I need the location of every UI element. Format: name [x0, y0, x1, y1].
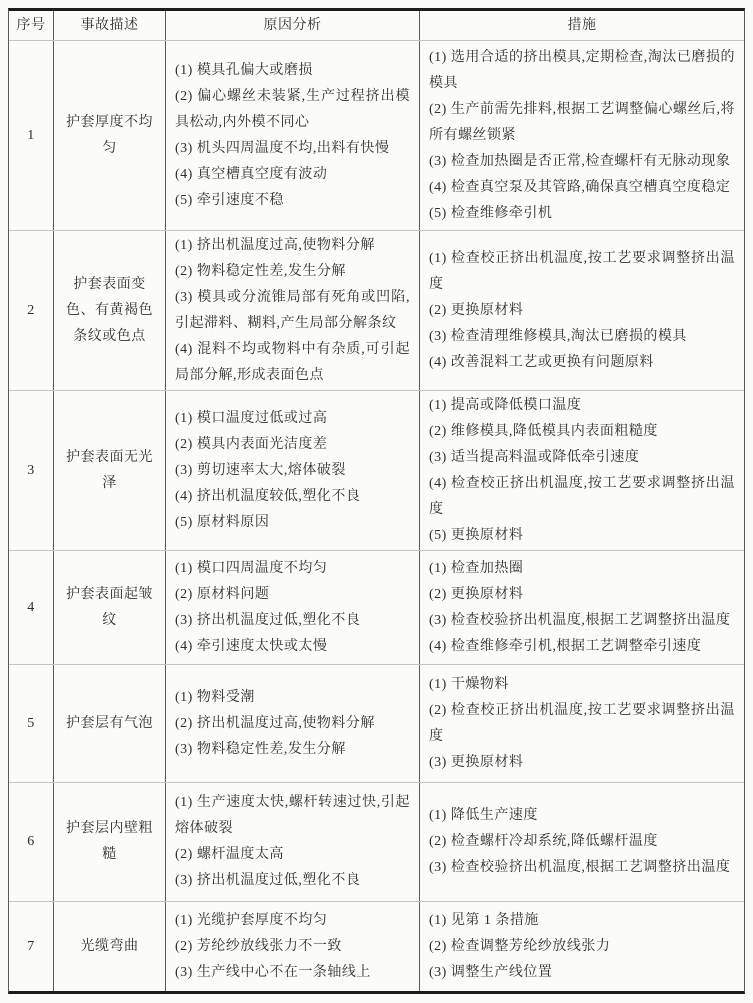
measure-item: (4) 检查真空泵及其管路,确保真空槽真空度稳定	[429, 175, 735, 201]
row-number: 4	[9, 551, 54, 664]
row-causes: (1) 物料受潮(2) 挤出机温度过高,使物料分解(3) 物料稳定性差,发生分解	[166, 665, 420, 782]
table-header-row: 序号 事故描述 原因分析 措施	[9, 11, 744, 41]
row-number: 2	[9, 231, 54, 390]
table-row: 3 护套表面无光泽 (1) 模口温度过低或过高(2) 模具内表面光洁度差(3) …	[9, 391, 744, 551]
cause-item: (5) 牵引速度不稳	[175, 188, 410, 214]
table-row: 4 护套表面起皱纹 (1) 模口四周温度不均匀(2) 原材料问题(3) 挤出机温…	[9, 551, 744, 665]
measure-item: (1) 提高或降低模口温度	[429, 393, 735, 419]
measure-item: (2) 检查螺杆冷却系统,降低螺杆温度	[429, 829, 735, 855]
table-row: 1 护套厚度不均匀 (1) 模具孔偏大或磨损(2) 偏心螺丝未装紧,生产过程挤出…	[9, 41, 744, 231]
measure-item: (1) 降低生产速度	[429, 803, 735, 829]
measure-item: (1) 检查加热圈	[429, 556, 735, 582]
cause-item: (1) 模口温度过低或过高	[175, 406, 410, 432]
measure-item: (3) 检查加热圈是否正常,检查螺杆有无脉动现象	[429, 149, 735, 175]
row-measures: (1) 提高或降低模口温度(2) 维修模具,降低模具内表面粗糙度(3) 适当提高…	[420, 391, 744, 550]
row-description: 护套表面起皱纹	[54, 551, 166, 664]
cause-item: (1) 物料受潮	[175, 685, 410, 711]
cause-item: (2) 螺杆温度太高	[175, 842, 410, 868]
row-measures: (1) 检查加热圈(2) 更换原材料(3) 检查校验挤出机温度,根据工艺调整挤出…	[420, 551, 744, 664]
header-measures: 措施	[420, 11, 744, 40]
table-body: 1 护套厚度不均匀 (1) 模具孔偏大或磨损(2) 偏心螺丝未装紧,生产过程挤出…	[9, 41, 744, 991]
cause-item: (3) 模具或分流锥局部有死角或凹陷,引起滞料、糊料,产生局部分解条纹	[175, 285, 410, 337]
row-causes: (1) 光缆护套厚度不均匀(2) 芳纶纱放线张力不一致(3) 生产线中心不在一条…	[166, 902, 420, 991]
measure-item: (4) 检查维修牵引机,根据工艺调整牵引速度	[429, 634, 735, 660]
row-description: 光缆弯曲	[54, 902, 166, 991]
cause-item: (4) 混料不均或物料中有杂质,可引起局部分解,形成表面色点	[175, 337, 410, 389]
measure-item: (2) 更换原材料	[429, 298, 735, 324]
cause-item: (3) 物料稳定性差,发生分解	[175, 737, 410, 763]
row-number: 7	[9, 902, 54, 991]
measure-item: (5) 更换原材料	[429, 523, 735, 549]
header-fault-description: 事故描述	[54, 11, 166, 40]
cause-item: (3) 剪切速率太大,熔体破裂	[175, 458, 410, 484]
measure-item: (2) 生产前需先排料,根据工艺调整偏心螺丝后,将所有螺丝锁紧	[429, 97, 735, 149]
cause-item: (2) 芳纶纱放线张力不一致	[175, 934, 410, 960]
row-measures: (1) 降低生产速度(2) 检查螺杆冷却系统,降低螺杆温度(3) 检查校验挤出机…	[420, 783, 744, 901]
table-row: 6 护套层内壁粗糙 (1) 生产速度太快,螺杆转速过快,引起熔体破裂(2) 螺杆…	[9, 783, 744, 902]
cause-item: (3) 生产线中心不在一条轴线上	[175, 960, 410, 986]
measure-item: (3) 检查校验挤出机温度,根据工艺调整挤出温度	[429, 608, 735, 634]
cause-item: (2) 原材料问题	[175, 582, 410, 608]
cause-item: (5) 原材料原因	[175, 510, 410, 536]
row-number: 6	[9, 783, 54, 901]
measure-item: (1) 选用合适的挤出模具,定期检查,淘汰已磨损的模具	[429, 45, 735, 97]
row-number: 1	[9, 41, 54, 230]
table-row: 5 护套层有气泡 (1) 物料受潮(2) 挤出机温度过高,使物料分解(3) 物料…	[9, 665, 744, 783]
measure-item: (4) 改善混料工艺或更换有问题原料	[429, 350, 735, 376]
row-description: 护套厚度不均匀	[54, 41, 166, 230]
row-causes: (1) 挤出机温度过高,使物料分解(2) 物料稳定性差,发生分解(3) 模具或分…	[166, 231, 420, 390]
row-causes: (1) 模口温度过低或过高(2) 模具内表面光洁度差(3) 剪切速率太大,熔体破…	[166, 391, 420, 550]
cause-item: (3) 挤出机温度过低,塑化不良	[175, 608, 410, 634]
row-causes: (1) 模具孔偏大或磨损(2) 偏心螺丝未装紧,生产过程挤出模具松动,内外模不同…	[166, 41, 420, 230]
row-measures: (1) 检查校正挤出机温度,按工艺要求调整挤出温度(2) 更换原材料(3) 检查…	[420, 231, 744, 390]
cause-item: (2) 偏心螺丝未装紧,生产过程挤出模具松动,内外模不同心	[175, 84, 410, 136]
row-causes: (1) 模口四周温度不均匀(2) 原材料问题(3) 挤出机温度过低,塑化不良(4…	[166, 551, 420, 664]
row-causes: (1) 生产速度太快,螺杆转速过快,引起熔体破裂(2) 螺杆温度太高(3) 挤出…	[166, 783, 420, 901]
measure-item: (1) 干燥物料	[429, 672, 735, 698]
measure-item: (1) 检查校正挤出机温度,按工艺要求调整挤出温度	[429, 246, 735, 298]
row-description: 护套层有气泡	[54, 665, 166, 782]
cause-item: (2) 模具内表面光洁度差	[175, 432, 410, 458]
header-seq-no: 序号	[9, 11, 54, 40]
measure-item: (2) 检查校正挤出机温度,按工艺要求调整挤出温度	[429, 698, 735, 750]
cause-item: (2) 物料稳定性差,发生分解	[175, 259, 410, 285]
measure-item: (2) 维修模具,降低模具内表面粗糙度	[429, 419, 735, 445]
measure-item: (4) 检查校正挤出机温度,按工艺要求调整挤出温度	[429, 471, 735, 523]
measure-item: (1) 见第 1 条措施	[429, 908, 735, 934]
measure-item: (3) 更换原材料	[429, 750, 735, 776]
row-number: 5	[9, 665, 54, 782]
cause-item: (1) 挤出机温度过高,使物料分解	[175, 233, 410, 259]
measure-item: (2) 检查调整芳纶纱放线张力	[429, 934, 735, 960]
row-number: 3	[9, 391, 54, 550]
cause-item: (4) 挤出机温度较低,塑化不良	[175, 484, 410, 510]
measure-item: (3) 检查校验挤出机温度,根据工艺调整挤出温度	[429, 855, 735, 881]
cause-item: (1) 光缆护套厚度不均匀	[175, 908, 410, 934]
cause-item: (1) 模具孔偏大或磨损	[175, 58, 410, 84]
row-description: 护套层内壁粗糙	[54, 783, 166, 901]
row-measures: (1) 干燥物料(2) 检查校正挤出机温度,按工艺要求调整挤出温度(3) 更换原…	[420, 665, 744, 782]
cause-item: (3) 机头四周温度不均,出料有快慢	[175, 136, 410, 162]
measure-item: (2) 更换原材料	[429, 582, 735, 608]
document-page: 序号 事故描述 原因分析 措施 1 护套厚度不均匀 (1) 模具孔偏大或磨损(2…	[0, 0, 753, 1003]
measure-item: (3) 调整生产线位置	[429, 960, 735, 986]
table-row: 7 光缆弯曲 (1) 光缆护套厚度不均匀(2) 芳纶纱放线张力不一致(3) 生产…	[9, 902, 744, 991]
measure-item: (5) 检查维修牵引机	[429, 201, 735, 227]
row-description: 护套表面无光泽	[54, 391, 166, 550]
cause-item: (4) 真空槽真空度有波动	[175, 162, 410, 188]
measure-item: (3) 适当提高料温或降低牵引速度	[429, 445, 735, 471]
fault-table: 序号 事故描述 原因分析 措施 1 护套厚度不均匀 (1) 模具孔偏大或磨损(2…	[8, 8, 745, 994]
measure-item: (3) 检查清理维修模具,淘汰已磨损的模具	[429, 324, 735, 350]
row-description: 护套表面变色、有黄褐色条纹或色点	[54, 231, 166, 390]
header-cause-analysis: 原因分析	[166, 11, 420, 40]
row-measures: (1) 选用合适的挤出模具,定期检查,淘汰已磨损的模具(2) 生产前需先排料,根…	[420, 41, 744, 230]
cause-item: (2) 挤出机温度过高,使物料分解	[175, 711, 410, 737]
cause-item: (1) 模口四周温度不均匀	[175, 556, 410, 582]
cause-item: (4) 牵引速度太快或太慢	[175, 634, 410, 660]
row-measures: (1) 见第 1 条措施(2) 检查调整芳纶纱放线张力(3) 调整生产线位置	[420, 902, 744, 991]
table-row: 2 护套表面变色、有黄褐色条纹或色点 (1) 挤出机温度过高,使物料分解(2) …	[9, 231, 744, 391]
cause-item: (3) 挤出机温度过低,塑化不良	[175, 868, 410, 894]
cause-item: (1) 生产速度太快,螺杆转速过快,引起熔体破裂	[175, 790, 410, 842]
